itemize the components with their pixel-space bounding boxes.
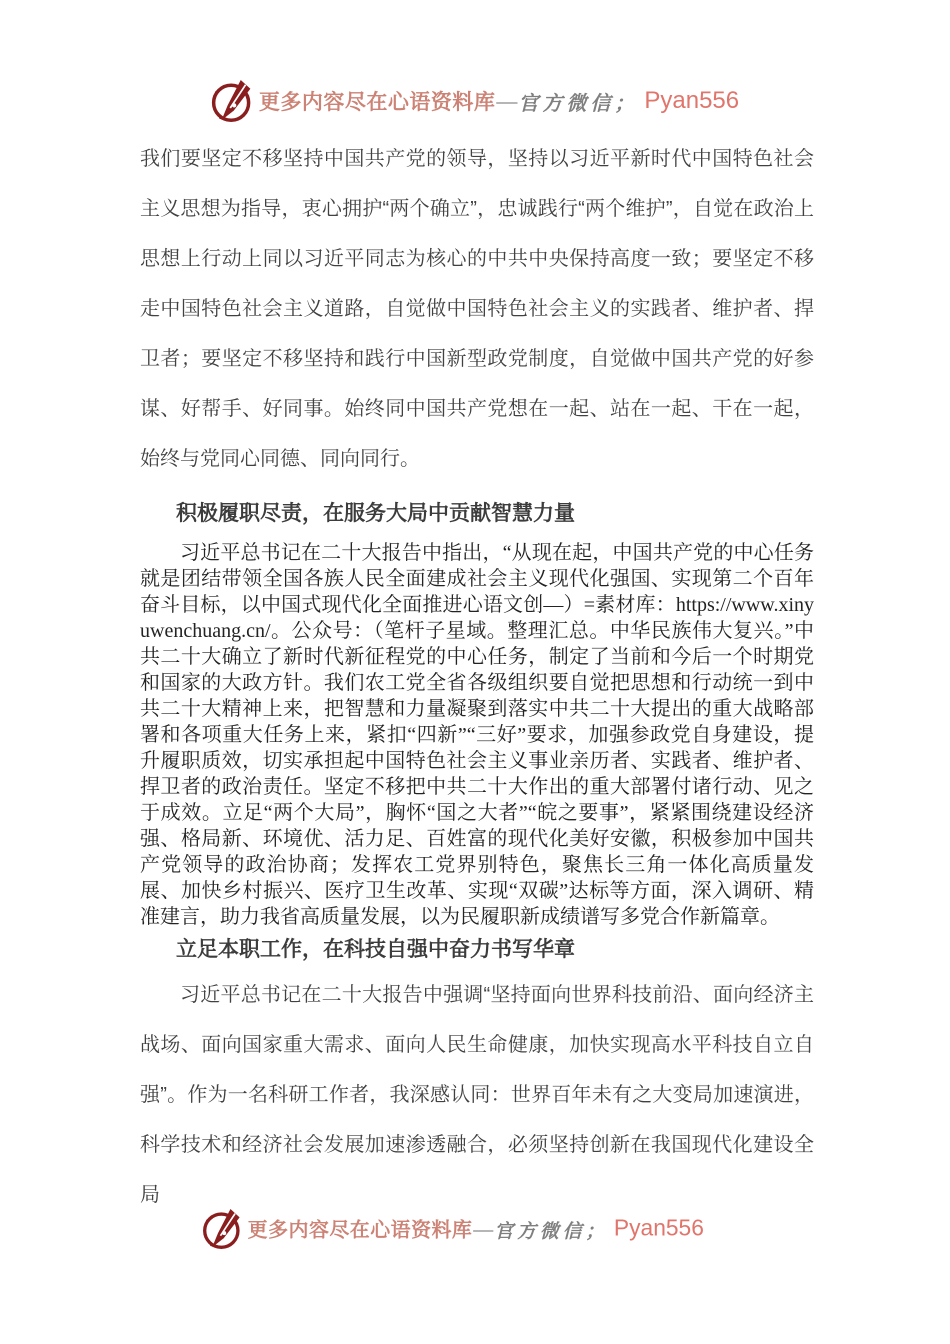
watermark-wechat-label: 官方微信； [518, 87, 638, 116]
watermark-wechat-label: 官方微信； [494, 1215, 608, 1243]
paragraph-duty-section: 习近平总书记在二十大报告中指出，“从现在起，中国共产党的中心任务就是团结带领全国… [140, 540, 814, 930]
watermark-wechat-id: Pyan556 [614, 1216, 704, 1243]
pen-nib-logo-icon [211, 76, 253, 126]
pen-nib-logo-icon [202, 1205, 242, 1253]
watermark-brand-text: 更多内容尽在心语资料库 [248, 1215, 473, 1244]
document-content: 我们要坚定不移坚持中国共产党的领导，坚持以习近平新时代中国特色社会主义思想为指导… [140, 134, 814, 1220]
section-heading-science: 立足本职工作，在科技自强中奋力书写华章 [140, 936, 814, 964]
footer-watermark: 更多内容尽在心语资料库—官方微信；Pyan556 [2, 1205, 905, 1253]
paragraph-intro: 我们要坚定不移坚持中国共产党的领导，坚持以习近平新时代中国特色社会主义思想为指导… [140, 134, 814, 484]
document-page: 更多内容尽在心语资料库—官方微信；Pyan556 我们要坚定不移坚持中国共产党的… [0, 0, 950, 1344]
header-watermark: 更多内容尽在心语资料库—官方微信；Pyan556 [0, 76, 950, 126]
watermark-dash: — [496, 89, 517, 114]
watermark-wechat-id: Pyan556 [644, 87, 739, 115]
paragraph-science-section: 习近平总书记在二十大报告中强调“坚持面向世界科技前沿、面向经济主战场、面向国家重… [140, 970, 814, 1220]
watermark-dash: — [473, 1217, 493, 1241]
watermark-brand-text: 更多内容尽在心语资料库 [259, 86, 496, 116]
section-heading-duty: 积极履职尽责，在服务大局中贡献智慧力量 [140, 500, 814, 528]
